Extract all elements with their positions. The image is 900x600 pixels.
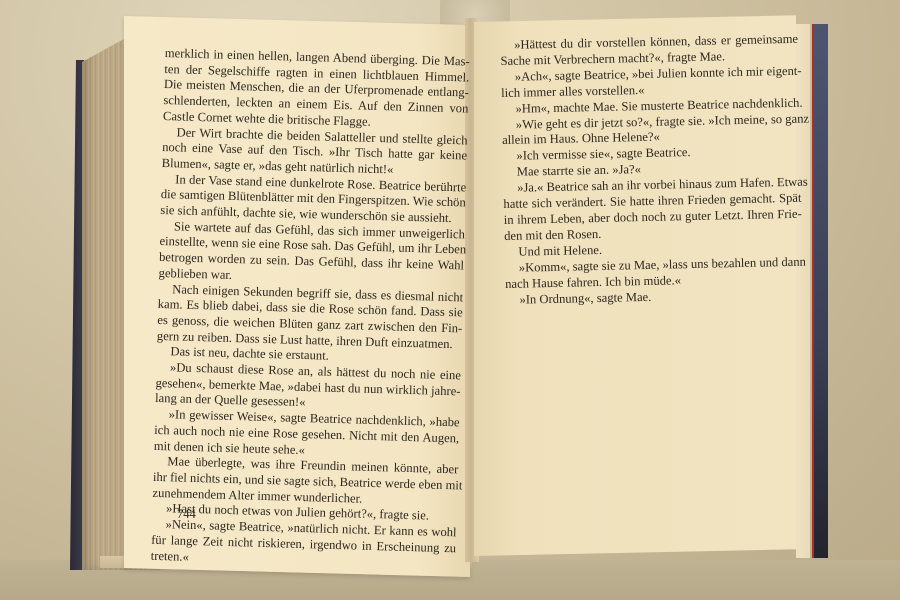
book-cover-left	[70, 60, 84, 570]
right-page-text: »Hättest du dir vorstellen können, dass …	[500, 32, 804, 309]
page-number: 744	[177, 507, 196, 522]
photo-scene: merklich in einen hellen, langen Abend ü…	[0, 0, 900, 600]
left-page-text: merklich in einen hellen, langen Abend ü…	[151, 46, 470, 573]
book-cover-right	[812, 24, 828, 558]
